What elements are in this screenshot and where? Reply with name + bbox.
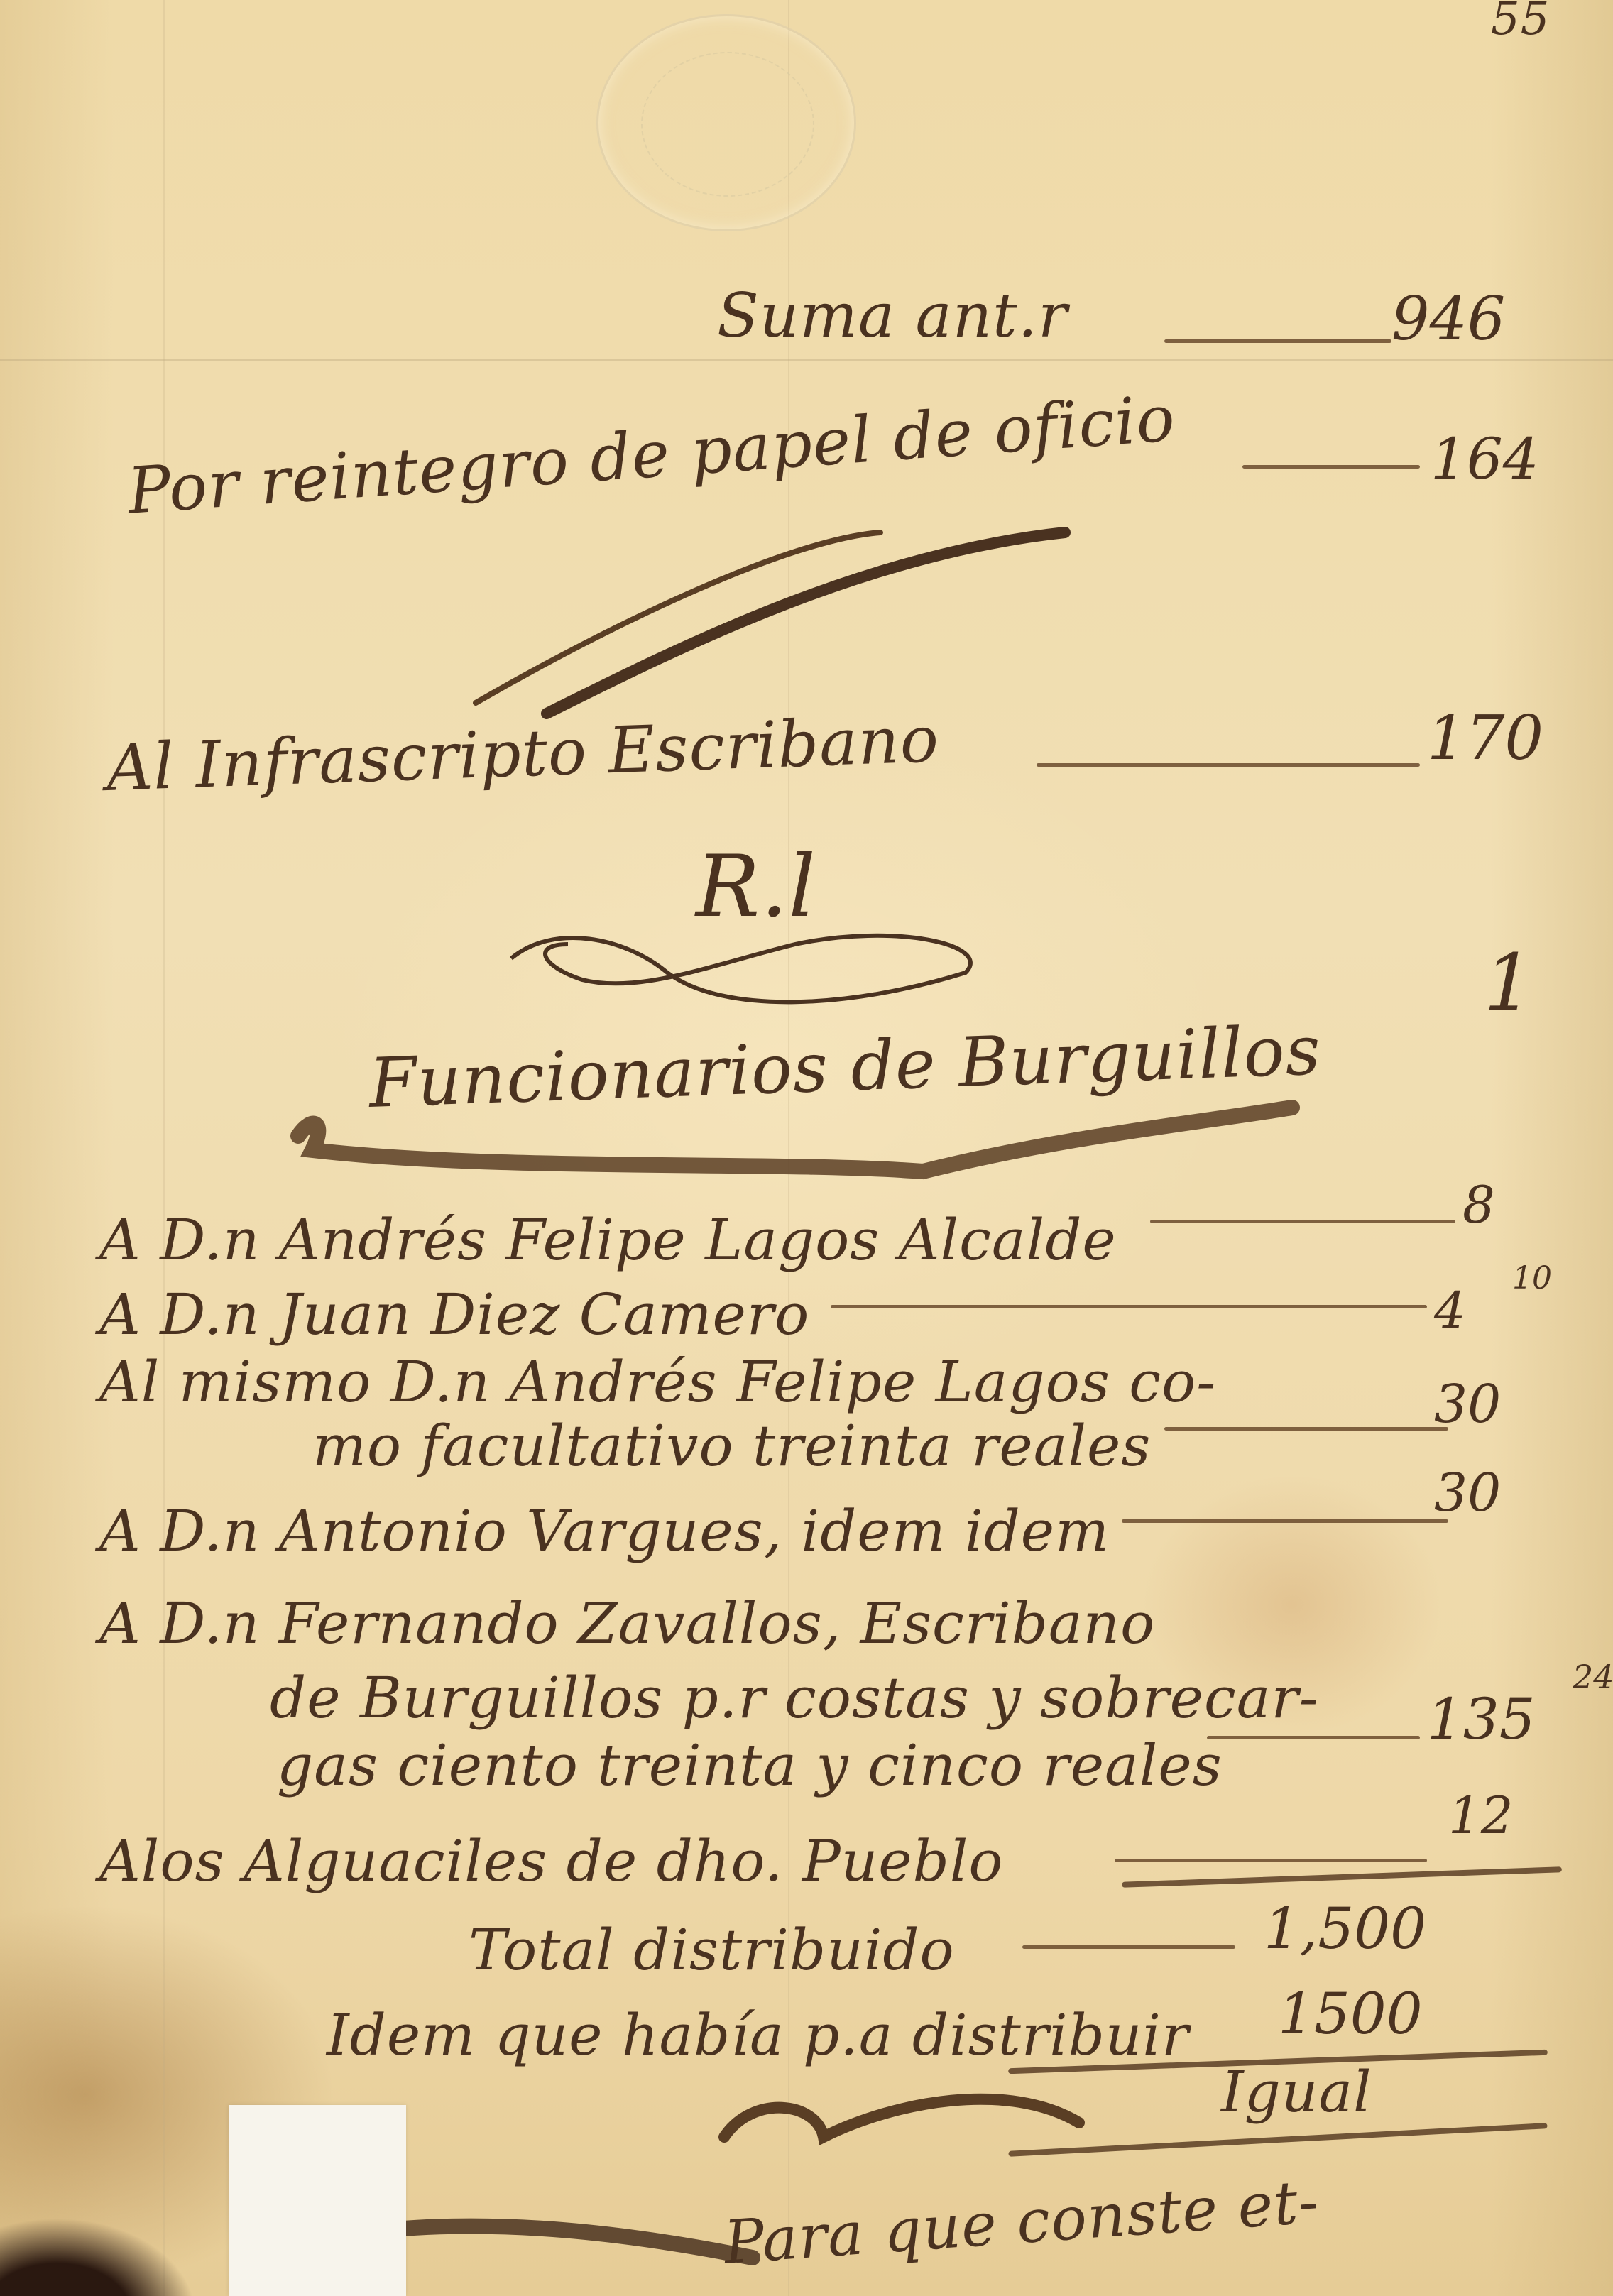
entry-text: A D.n Juan Diez Camero bbox=[99, 1281, 809, 1347]
entry-text-continuation: gas ciento treinta y cinco reales bbox=[277, 1732, 1223, 1798]
double-slash-flourish-icon bbox=[469, 518, 1079, 731]
total-label: Idem que había p.a distribuir bbox=[327, 2002, 1189, 2068]
leader-line bbox=[1150, 1220, 1455, 1223]
entry-amount: 135 bbox=[1427, 1686, 1536, 1752]
entry-text: A D.n Antonio Vargues, idem idem bbox=[99, 1498, 1110, 1564]
leader-line bbox=[1115, 1859, 1427, 1862]
leader-line bbox=[1022, 1945, 1235, 1949]
embossed-seal-icon bbox=[596, 14, 856, 231]
entry-amount: 30 bbox=[1434, 1463, 1501, 1524]
entry-text-continuation: de Burguillos p.r costas y sobrecar- bbox=[270, 1665, 1319, 1731]
previous-sum-label: Suma ant.r bbox=[717, 280, 1068, 351]
leader-line bbox=[831, 1305, 1427, 1308]
paper-repair-tape bbox=[229, 2105, 406, 2296]
entry-text: Al mismo D.n Andrés Felipe Lagos co- bbox=[99, 1349, 1216, 1415]
entry-text: A D.n Fernando Zavallos, Escribano bbox=[99, 1590, 1155, 1656]
previous-sum-amount: 946 bbox=[1391, 284, 1505, 354]
balance-result: Igual bbox=[1221, 2059, 1372, 2125]
signature-loop-flourish-icon bbox=[497, 916, 994, 1022]
entry-amount: 8 bbox=[1462, 1175, 1495, 1235]
leader-line bbox=[1242, 465, 1420, 469]
folio-number: 55 bbox=[1491, 0, 1550, 45]
entry-text-continuation: mo facultativo treinta reales bbox=[312, 1413, 1151, 1479]
entry-amount: 30 bbox=[1434, 1374, 1501, 1435]
title-underline-flourish-icon bbox=[284, 1093, 1306, 1193]
total-amount: 1500 bbox=[1278, 1981, 1423, 2047]
entry-amount: 170 bbox=[1427, 703, 1543, 774]
entry-amount-superscript: 24 bbox=[1573, 1658, 1613, 1696]
paper-fold-line bbox=[163, 0, 165, 2296]
leader-line bbox=[1164, 339, 1391, 343]
entry-amount: 164 bbox=[1431, 426, 1539, 492]
paper-fold-line bbox=[0, 359, 1613, 361]
entry-amount: 4 bbox=[1434, 1281, 1466, 1340]
entry-text: A D.n Andrés Felipe Lagos Alcalde bbox=[99, 1207, 1117, 1273]
leader-line bbox=[1164, 1427, 1448, 1431]
entry-text: Alos Alguaciles de dho. Pueblo bbox=[99, 1828, 1004, 1894]
leader-line bbox=[1037, 763, 1420, 767]
torn-corner bbox=[0, 2172, 241, 2296]
total-label: Total distribuido bbox=[469, 1917, 955, 1983]
total-amount: 1,500 bbox=[1264, 1896, 1426, 1962]
entry-amount: 12 bbox=[1448, 1786, 1514, 1845]
page-marker: 1 bbox=[1484, 937, 1533, 1028]
entry-amount-superscript: 10 bbox=[1512, 1260, 1552, 1296]
leader-line bbox=[1122, 1519, 1448, 1523]
leader-line bbox=[1207, 1736, 1420, 1739]
tilde-flourish-icon bbox=[710, 2073, 1108, 2158]
